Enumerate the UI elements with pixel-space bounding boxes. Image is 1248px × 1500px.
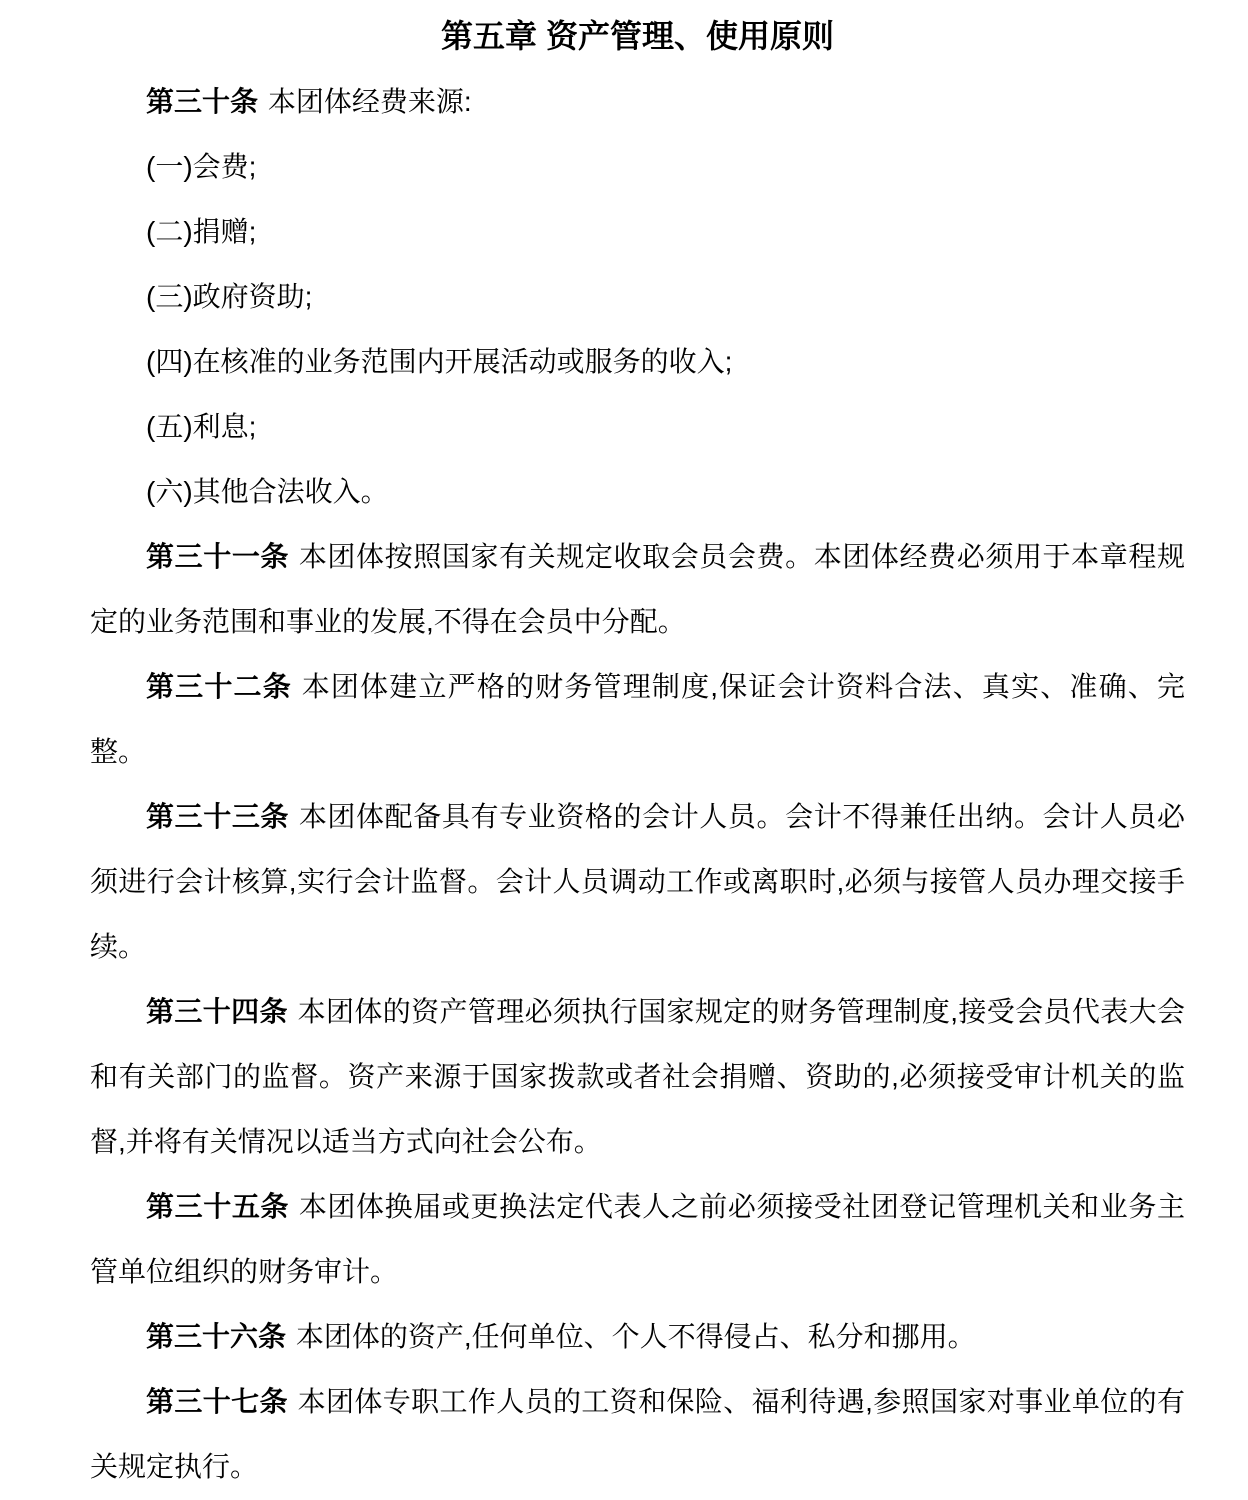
list-item-1-text: (一)会费;	[146, 151, 256, 182]
article-31-number: 第三十一条	[146, 541, 289, 572]
list-item-6: (六)其他合法收入。	[90, 459, 1185, 524]
list-item-3-text: (三)政府资助;	[146, 281, 312, 312]
article-35-number: 第三十五条	[146, 1191, 289, 1222]
article-30-number: 第三十条	[146, 86, 258, 117]
list-item-5: (五)利息;	[90, 394, 1185, 459]
article-31: 第三十一条本团体按照国家有关规定收取会员会费。本团体经费必须用于本章程规定的业务…	[90, 524, 1185, 654]
article-33: 第三十三条本团体配备具有专业资格的会计人员。会计不得兼任出纳。会计人员必须进行会…	[90, 784, 1185, 979]
chapter-title: 第五章 资产管理、使用原则	[90, 4, 1185, 69]
article-36-text: 本团体的资产,任何单位、个人不得侵占、私分和挪用。	[296, 1321, 976, 1352]
article-36-number: 第三十六条	[146, 1321, 286, 1352]
list-item-2: (二)捐赠;	[90, 199, 1185, 264]
article-34-number: 第三十四条	[146, 996, 288, 1027]
document-page: 第五章 资产管理、使用原则 第三十条本团体经费来源: (一)会费; (二)捐赠;…	[0, 0, 1248, 1500]
article-34: 第三十四条本团体的资产管理必须执行国家规定的财务管理制度,接受会员代表大会和有关…	[90, 979, 1185, 1174]
list-item-6-text: (六)其他合法收入。	[146, 476, 389, 507]
article-33-number: 第三十三条	[146, 801, 289, 832]
list-item-1: (一)会费;	[90, 134, 1185, 199]
list-item-5-text: (五)利息;	[146, 411, 256, 442]
list-item-3: (三)政府资助;	[90, 264, 1185, 329]
article-37-number: 第三十七条	[146, 1386, 288, 1417]
list-item-4-text: (四)在核准的业务范围内开展活动或服务的收入;	[146, 346, 732, 377]
article-37: 第三十七条本团体专职工作人员的工资和保险、福利待遇,参照国家对事业单位的有关规定…	[90, 1369, 1185, 1499]
article-32: 第三十二条本团体建立严格的财务管理制度,保证会计资料合法、真实、准确、完整。	[90, 654, 1185, 784]
list-item-4: (四)在核准的业务范围内开展活动或服务的收入;	[90, 329, 1185, 394]
article-30: 第三十条本团体经费来源:	[90, 69, 1185, 134]
article-36: 第三十六条本团体的资产,任何单位、个人不得侵占、私分和挪用。	[90, 1304, 1185, 1369]
article-32-number: 第三十二条	[146, 671, 292, 702]
list-item-2-text: (二)捐赠;	[146, 216, 256, 247]
article-35: 第三十五条本团体换届或更换法定代表人之前必须接受社团登记管理机关和业务主管单位组…	[90, 1174, 1185, 1304]
article-30-text: 本团体经费来源:	[268, 86, 472, 117]
